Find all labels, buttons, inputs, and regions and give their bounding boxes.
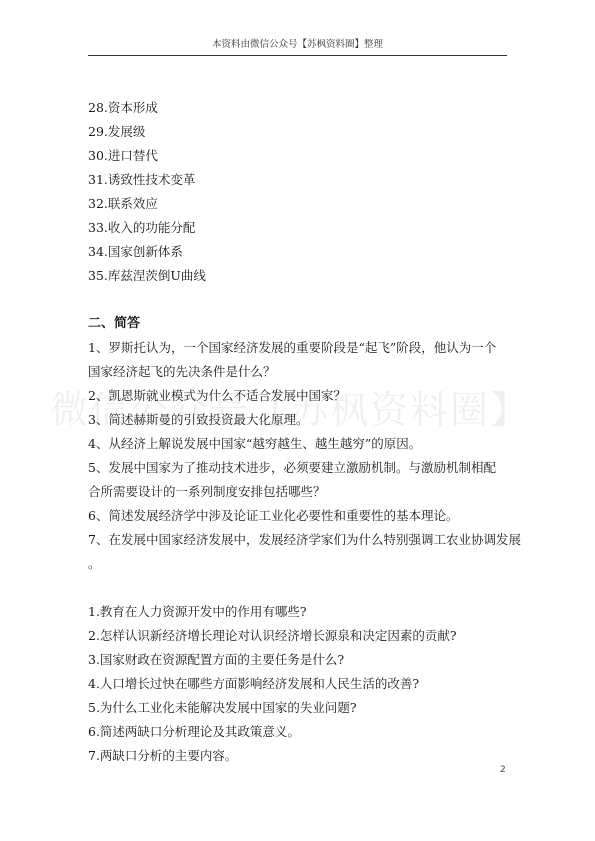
- question-item: 1、罗斯托认为，一个国家经济发展的重要阶段是“起飞”阶段，他认为一个国家经济起飞…: [88, 336, 508, 384]
- spacer: [88, 288, 508, 312]
- list-item: 33.收入的功能分配: [88, 216, 508, 240]
- question-item: 4.人口增长过快在哪些方面影响经济发展和人民生活的改善?: [88, 672, 508, 696]
- question-item: 7、在发展中国家经济发展中，发展经济学家们为什么特别强调工农业协调发展: [88, 528, 508, 552]
- question-item: 7.两缺口分析的主要内容。: [88, 744, 508, 768]
- list-item: 34.国家创新体系: [88, 240, 508, 264]
- question-item: 5.为什么工业化未能解决发展中国家的失业问题?: [88, 696, 508, 720]
- list-item: 35.库兹涅茨倒U曲线: [88, 264, 508, 288]
- question-item: 2.怎样认识新经济增长理论对认识经济增长源泉和决定因素的贡献?: [88, 624, 508, 648]
- question-item: 3、简述赫斯曼的引致投资最大化原理。: [88, 408, 508, 432]
- document-body: 28.资本形成 29.发展级 30.进口替代 31.诱致性技术变革 32.联系效…: [88, 96, 508, 768]
- question-item: 6.简述两缺口分析理论及其政策意义。: [88, 720, 508, 744]
- question-item: 4、从经济上解说发展中国家“越穷越生、越生越穷”的原因。: [88, 432, 508, 456]
- page-header: 本资料由微信公众号【苏枫资料圈】整理: [88, 38, 507, 56]
- list-item: 32.联系效应: [88, 192, 508, 216]
- question-item: 6、简述发展经济学中涉及论证工业化必要性和重要性的基本理论。: [88, 504, 508, 528]
- trailing-period: 。: [88, 552, 508, 576]
- question-item: 1.教育在人力资源开发中的作用有哪些?: [88, 600, 508, 624]
- list-item: 29.发展级: [88, 120, 508, 144]
- list-item: 28.资本形成: [88, 96, 508, 120]
- short-answer-list-b: 1.教育在人力资源开发中的作用有哪些? 2.怎样认识新经济增长理论对认识经济增长…: [88, 600, 508, 768]
- terms-list: 28.资本形成 29.发展级 30.进口替代 31.诱致性技术变革 32.联系效…: [88, 96, 508, 288]
- list-item: 30.进口替代: [88, 144, 508, 168]
- list-item: 31.诱致性技术变革: [88, 168, 508, 192]
- question-item: 2、凯恩斯就业模式为什么不适合发展中国家？: [88, 384, 508, 408]
- question-item: 5、发展中国家为了推动技术进步，必须要建立激励机制。与激励机制相配合所需要设计的…: [88, 456, 508, 504]
- section-heading: 二、简答: [88, 312, 508, 336]
- page-number: 2: [500, 765, 506, 775]
- short-answer-list-a: 1、罗斯托认为，一个国家经济发展的重要阶段是“起飞”阶段，他认为一个国家经济起飞…: [88, 336, 508, 576]
- header-text: 本资料由微信公众号【苏枫资料圈】整理: [212, 39, 383, 50]
- question-item: 3.国家财政在资源配置方面的主要任务是什么?: [88, 648, 508, 672]
- spacer: [88, 576, 508, 600]
